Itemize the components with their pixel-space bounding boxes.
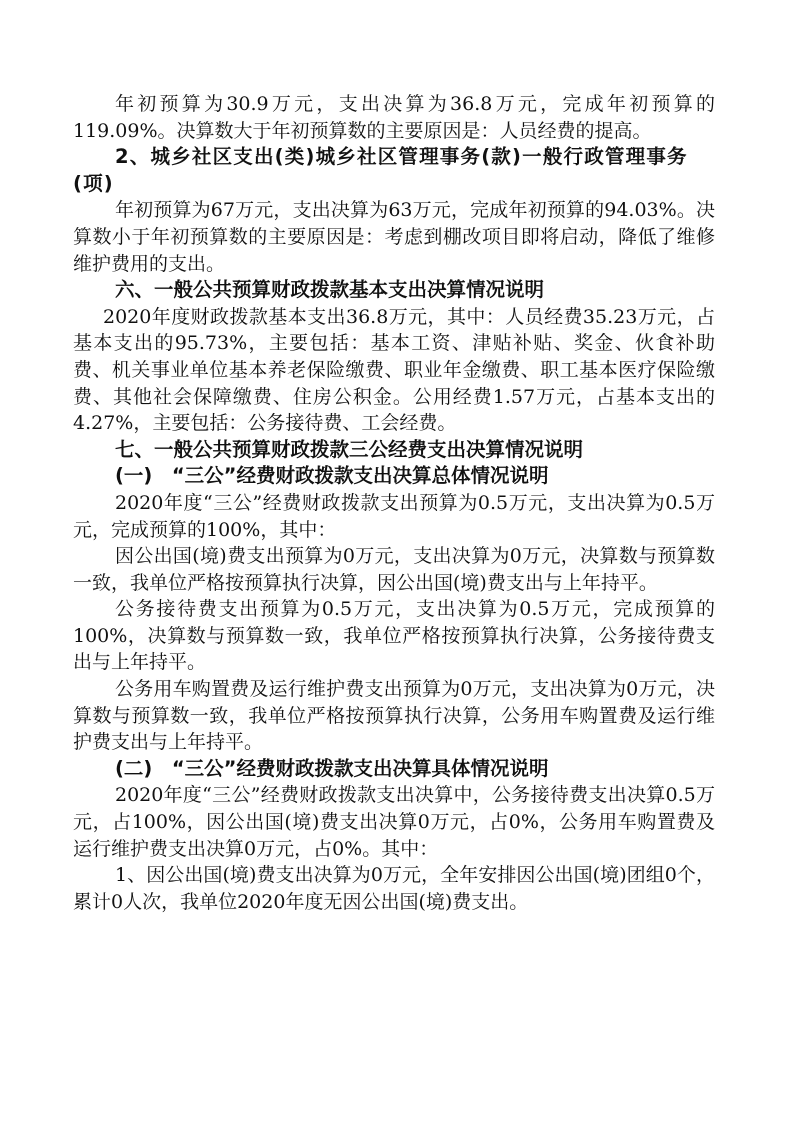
- heading-urban-rural-community-expense: 2、城乡社区支出(类)城乡社区管理事务(款)一般行政管理事务(项): [73, 144, 715, 197]
- paragraph-overseas-travel-detail: 1、因公出国(境)费支出决算为0万元，全年安排因公出国(境)团组0个，累计0人次…: [73, 862, 715, 915]
- paragraph-basic-expenditure: 2020年度财政拨款基本支出36.8万元，其中：人员经费35.23万元，占基本支…: [73, 304, 715, 437]
- paragraph-official-reception: 公务接待费支出预算为0.5万元，支出决算为0.5万元，完成预算的100%，决算数…: [73, 596, 715, 676]
- paragraph-overseas-travel: 因公出国(境)费支出预算为0万元，支出决算为0万元，决算数与预算数一致，我单位严…: [73, 543, 715, 596]
- paragraph-official-vehicles: 公务用车购置费及运行维护费支出预算为0万元，支出决算为0万元，决算数与预算数一致…: [73, 676, 715, 756]
- heading-subsection-2-specific: (二) “三公”经费财政拨款支出决算具体情况说明: [73, 756, 715, 783]
- document-page: 年初预算为30.9万元，支出决算为36.8万元，完成年初预算的119.09%。决…: [73, 91, 715, 915]
- heading-section-7-three-public-expenses: 七、一般公共预算财政拨款三公经费支出决算情况说明: [73, 437, 715, 464]
- paragraph-three-public-specific: 2020年度“三公”经费财政拨款支出决算中，公务接待费支出决算0.5万元，占10…: [73, 782, 715, 862]
- paragraph-three-public-overall: 2020年度“三公”经费财政拨款支出预算为0.5万元，支出决算为0.5万元，完成…: [73, 490, 715, 543]
- paragraph-budget-completion-1: 年初预算为30.9万元，支出决算为36.8万元，完成年初预算的119.09%。决…: [73, 91, 715, 144]
- heading-subsection-1-overall: (一) “三公”经费财政拨款支出决算总体情况说明: [73, 463, 715, 490]
- paragraph-budget-completion-2: 年初预算为67万元，支出决算为63万元，完成年初预算的94.03%。决算数小于年…: [73, 197, 715, 277]
- heading-section-6-basic-expenditure: 六、一般公共预算财政拨款基本支出决算情况说明: [73, 277, 715, 304]
